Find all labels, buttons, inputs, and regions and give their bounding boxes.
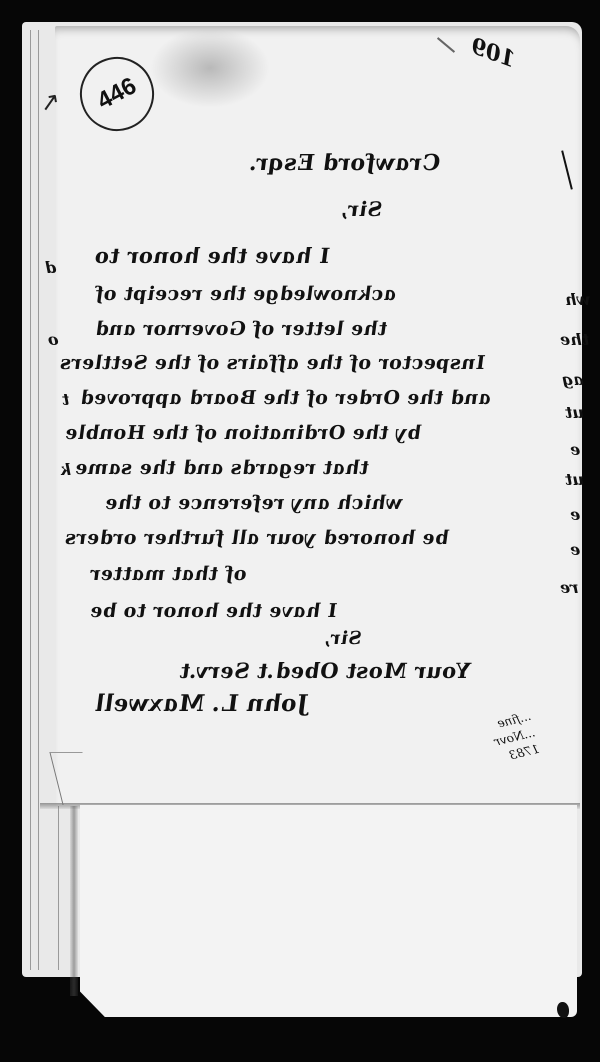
folded-flap [80,805,577,1017]
body-line: I have the honor to [91,243,334,268]
margin-fragment: t [62,390,69,409]
body-line: of that matter [86,563,250,585]
letter-page [55,26,580,806]
margin-fragment: k [60,460,71,479]
flap-edge [70,806,78,996]
body-line: that regards and the same [71,457,372,479]
page-stain [150,28,270,108]
margin-fragment: ut [565,403,584,422]
body-line: acknowledge the receipt of [91,283,399,305]
body-line: I have the honor to be [86,600,340,622]
margin-fragment: d [45,258,56,277]
margin-fragment: ut [565,470,584,489]
salutation: Sir, [338,197,386,221]
closing-sir: Sir, [322,628,365,649]
margin-fragment: e [570,540,580,559]
body-line: which any reference to the [101,492,406,514]
sheet-edge-line [30,30,31,970]
ink-blot [557,1002,569,1018]
margin-fragment: ag [562,370,584,389]
body-line: and the Order of the Board approved [76,387,494,409]
margin-fragment: wh [565,290,590,309]
margin-fragment: e [570,440,580,459]
body-line: Inspector of the affairs of the Settlers [56,352,488,374]
body-line: by the Ordination of the Honble [61,422,424,444]
signature: John L. Maxwell [91,690,313,717]
sheet-edge-line [38,30,39,970]
margin-fragment: o [48,330,59,349]
archive-number: 446 [93,72,142,116]
salutation-address: Crawford Esqr. [246,150,444,176]
body-line: the letter of Governor and [91,318,390,340]
closing-phrase: Your Most Obed.t Serv.t [176,658,475,683]
body-line: be honored your all further orders [61,527,452,549]
scanned-document: ↗ 446 109 Crawford Esqr. Sir, I have the… [0,0,600,1062]
margin-fragment: the [560,330,589,349]
margin-fragment: e [570,505,580,524]
margin-fragment: re [560,578,579,597]
